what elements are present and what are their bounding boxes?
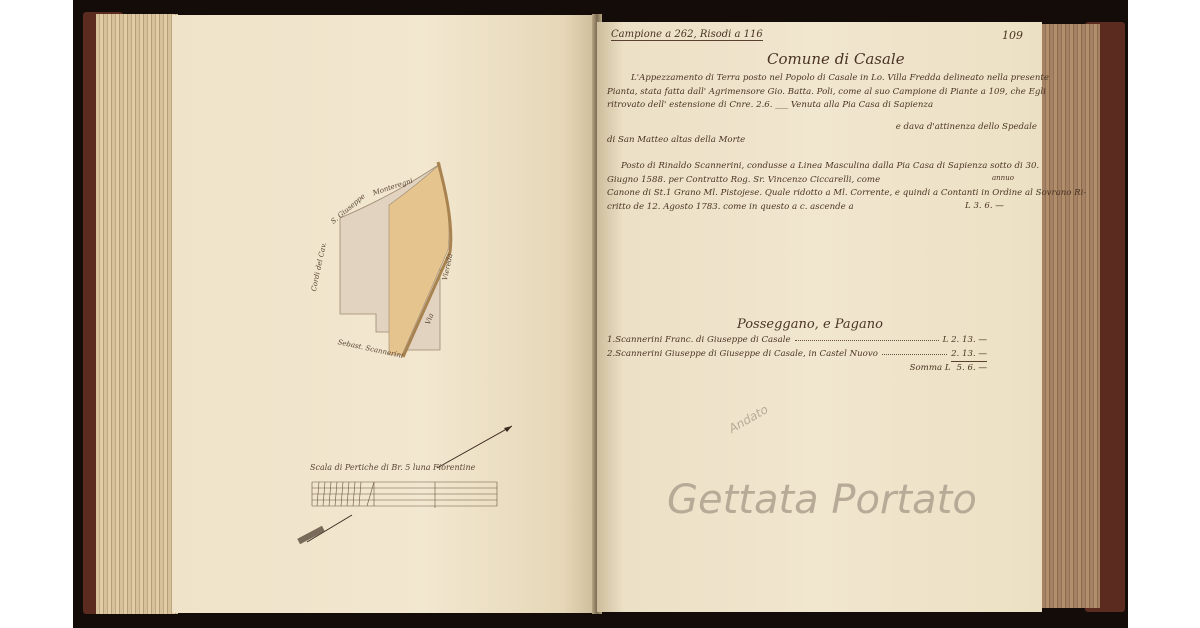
annuo-note: annuo [992, 172, 1014, 186]
section2-title: Posseggano, e Pagano [737, 317, 883, 332]
page-number: 109 [1002, 29, 1023, 42]
parcel-map [302, 160, 492, 370]
pencil-note-large: Gettata Portato [667, 477, 977, 523]
section-title: Comune di Casale [767, 50, 905, 68]
possessors-list: 1. Scannerini Franc. di Giuseppe di Casa… [607, 334, 987, 376]
somma-row: Somma L 5. 6. — [607, 362, 987, 376]
possessor-row: 2. Scannerini Giuseppe di Giuseppe di Ca… [607, 348, 987, 363]
amount-total: L 3. 6. — [965, 200, 1004, 214]
header-reference: Campione a 262, Risodi a 116 [611, 29, 763, 41]
paragraph-1: L'Appezzamento di Terra posto nel Popolo… [607, 72, 1037, 148]
scale-bar [297, 420, 512, 545]
pencil-note-small: Andato [726, 402, 770, 436]
page-edges-right [1038, 24, 1100, 608]
left-page: Monteregni S. Giuseppe Cordi del Cav. Vi… [172, 15, 597, 613]
right-page: Campione a 262, Risodi a 116 109 Comune … [597, 22, 1042, 612]
possessor-row: 1. Scannerini Franc. di Giuseppe di Casa… [607, 334, 987, 348]
page-edges-left [96, 14, 178, 614]
